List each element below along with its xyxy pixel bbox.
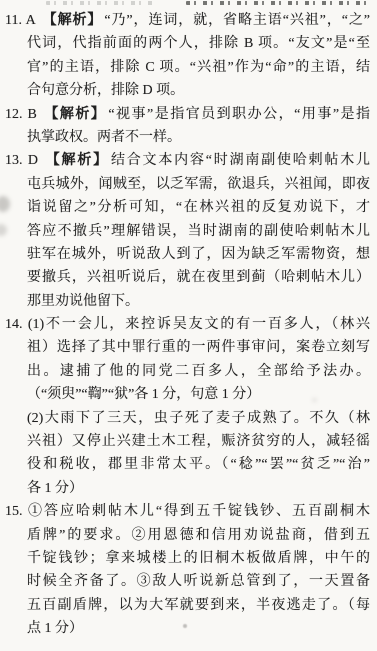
answer-item-12: 12. B【解析】“视事”是指官员到职办公，“用事”是指 执掌政权。两者不一样。 bbox=[5, 103, 370, 150]
answer-item-15: 15. ①答应哈剌帖木儿“得到五千锭钱钞、五百副桐木 盾牌”的要求。②用恩德和信… bbox=[5, 500, 370, 640]
analysis-label: 【解析】 bbox=[42, 13, 103, 28]
answer-letter: D bbox=[28, 153, 38, 168]
text-line: 答应不撤兵”理解错误，当时湖南的副使哈剌帖木儿 bbox=[5, 220, 370, 243]
text-line: 要撤兵，兴祖听说后，就在夜里到蓟（哈剌帖木儿） bbox=[5, 266, 370, 289]
item-number: 13. bbox=[5, 153, 23, 168]
text-line: 14. (1)不一会儿，来控诉吴友文的有一百多人，（林兴 bbox=[5, 313, 370, 336]
text-line: 各 1 分） bbox=[5, 477, 370, 500]
answer-item-11: 11. A【解析】“乃”，连词，就，省略主语“兴祖”，“之” 代词，代指前面的两… bbox=[5, 9, 370, 103]
answer-item-13: 13. D【解析】结合文本内容“时湖南副使哈剌帖木儿 屯兵城外，闻贼至，以乏军需… bbox=[5, 149, 370, 313]
item-number: 15. bbox=[5, 504, 23, 519]
text-line: 诣说留之”分析可知，“在林兴祖的反复劝说下，才 bbox=[5, 196, 370, 219]
text-line: 合句意分析，排除 D 项。 bbox=[5, 79, 370, 102]
answer-letter: A bbox=[26, 13, 36, 28]
text-line: 千锭钱钞；拿来城楼上的旧桐木板做盾牌，中午的 bbox=[5, 547, 370, 570]
text-line: 出。逮捕了他的同党二百多人，全部给予法办。 bbox=[5, 360, 370, 383]
text-line: 驻军在城外，听说敌人到了，因为缺乏军需物资，想 bbox=[5, 243, 370, 266]
analysis-label: 【解析】 bbox=[44, 153, 109, 168]
answer-sheet: 11. A【解析】“乃”，连词，就，省略主语“兴祖”，“之” 代词，代指前面的两… bbox=[5, 9, 370, 641]
text-line: 15. ①答应哈剌帖木儿“得到五千锭钱钞、五百副桐木 bbox=[5, 500, 370, 523]
text-line: 执掌政权。两者不一样。 bbox=[5, 126, 370, 149]
text-line: (2)大雨下了三天，虫子死了麦子成熟了。不久（林 bbox=[5, 407, 370, 430]
item-number: 12. bbox=[5, 107, 23, 122]
text-line: 盾牌”的要求。②用恩德和信用劝说盐商，借到五 bbox=[5, 524, 370, 547]
text-line: 屯兵城外，闻贼至，以乏军需，欲退兵，兴祖闻，即夜 bbox=[5, 173, 370, 196]
text-run: (1)不一会儿，来控诉吴友文的有一百多人，（林兴 bbox=[28, 317, 370, 332]
text-line: 12. B【解析】“视事”是指官员到职办公，“用事”是指 bbox=[5, 103, 370, 126]
item-number: 11. bbox=[5, 13, 22, 28]
text-run: “视事”是指官员到职办公，“用事”是指 bbox=[108, 107, 370, 122]
text-run: 结合文本内容“时湖南副使哈剌帖木儿 bbox=[111, 153, 370, 168]
text-line: （“须臾”“鞫”“狱”各 1 分，句意 1 分） bbox=[5, 383, 370, 406]
text-line: 役和税收，郡里非常太平。（“稔”“罢”“贫乏”“治” bbox=[5, 453, 370, 476]
text-run: “乃”，连词，就，省略主语“兴祖”，“之” bbox=[104, 13, 370, 28]
item-number: 14. bbox=[5, 317, 23, 332]
text-line: 点 1 分） bbox=[5, 617, 370, 640]
text-line: 13. D【解析】结合文本内容“时湖南副使哈剌帖木儿 bbox=[5, 149, 370, 172]
text-line: 官”的主语，排除 C 项。“兴祖”作为“命”的主语，结 bbox=[5, 56, 370, 79]
text-run: ①答应哈剌帖木儿“得到五千锭钱钞、五百副桐木 bbox=[28, 504, 370, 519]
text-line: 兴祖）又停止兴建土木工程，赈济贫穷的人，减轻徭 bbox=[5, 430, 370, 453]
text-line: 代词，代指前面的两个人，排除 B 项。“友文”是“至 bbox=[5, 32, 370, 55]
text-line: 时候全齐备了。③敌人听说新总管到了，一天置备 bbox=[5, 570, 370, 593]
text-line: 11. A【解析】“乃”，连词，就，省略主语“兴祖”，“之” bbox=[5, 9, 370, 32]
text-line: 那里劝说他留下。 bbox=[5, 290, 370, 313]
clipped-previous-line-fragment bbox=[186, 1, 372, 5]
answer-letter: B bbox=[28, 107, 37, 122]
clipped-previous-line-fragment bbox=[46, 1, 156, 5]
answer-item-14: 14. (1)不一会儿，来控诉吴友文的有一百多人，（林兴 祖）选择了其中罪行重的… bbox=[5, 313, 370, 500]
analysis-label: 【解析】 bbox=[43, 107, 106, 122]
text-line: 祖）选择了其中罪行重的一两件事审问，案卷立刻写 bbox=[5, 336, 370, 359]
text-line: 五百副盾牌，以为大军就要到来，半夜逃走了。（每 bbox=[5, 594, 370, 617]
